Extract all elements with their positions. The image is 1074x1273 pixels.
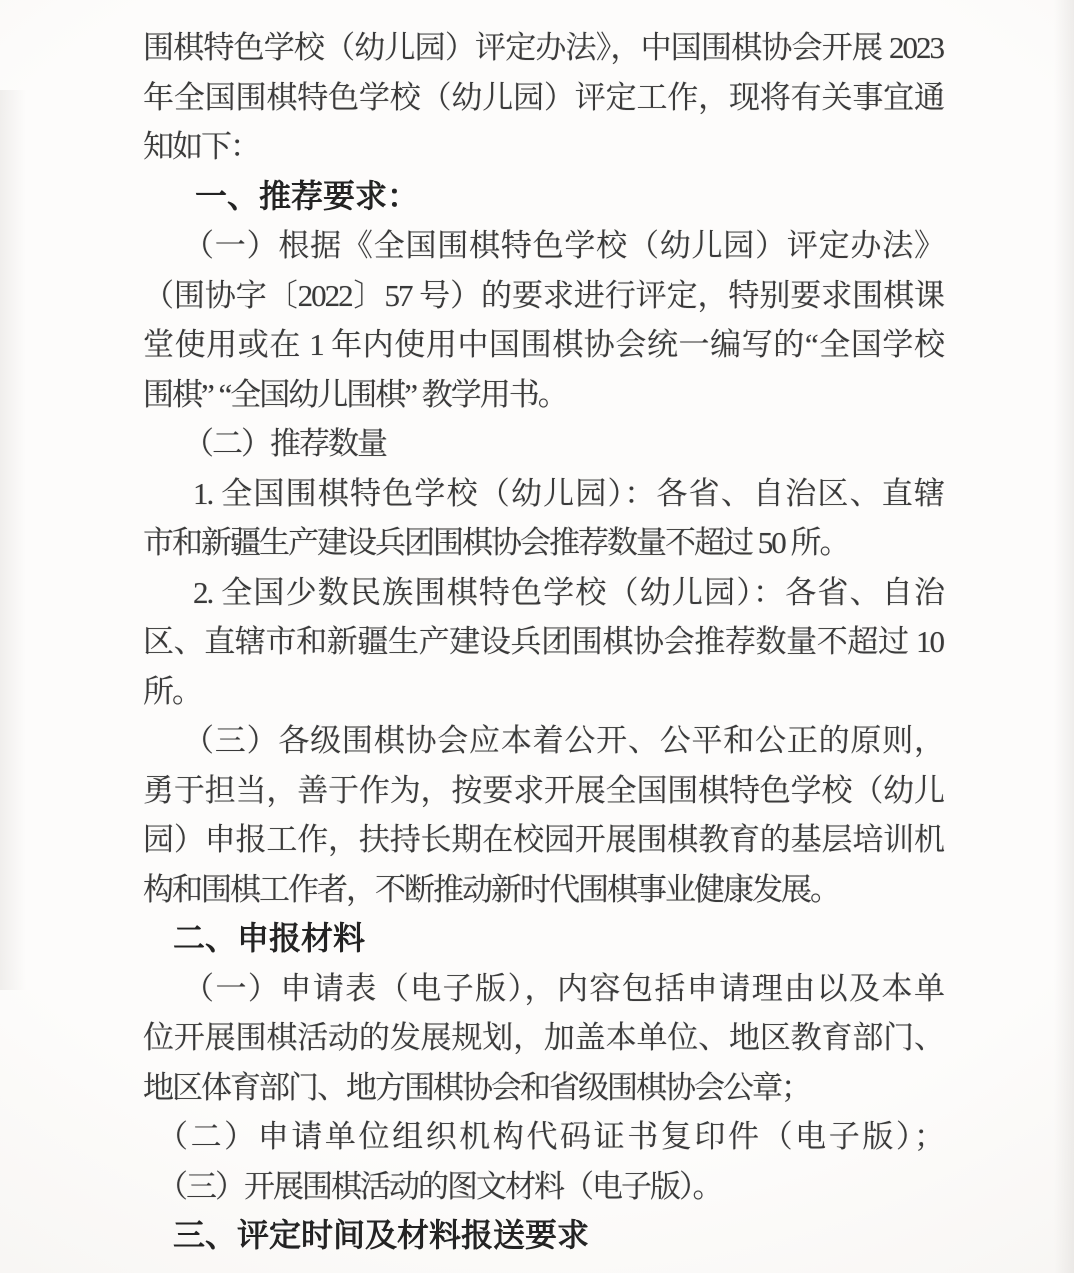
doc-line: （二）申请单位组织机构代码证书复印件（电子版）； [143,1112,943,1162]
section-heading: 三、评定时间及材料报送要求 [143,1211,943,1261]
section-heading: 一、推荐要求： [143,172,943,222]
doc-line: 围棋” “全国幼儿围棋” 教学用书。 [143,370,943,420]
doc-line: 2. 全国少数民族围棋特色学校（幼儿园）：各省、自治 [143,568,943,618]
doc-line: （一）申请表（电子版），内容包括申请理由以及本单 [143,964,943,1014]
doc-line: 知如下： [143,122,943,172]
doc-line: 1. 全国围棋特色学校（幼儿园）：各省、自治区、直辖 [143,469,943,519]
doc-line: 区、直辖市和新疆生产建设兵团围棋协会推荐数量不超过 10 [143,617,943,667]
doc-line: （围协字〔2022〕57 号）的要求进行评定，特别要求围棋课 [143,271,943,321]
doc-line: 位开展围棋活动的发展规划，加盖本单位、地区教育部门、 [143,1013,943,1063]
doc-line: 围棋特色学校（幼儿园）评定办法》，中国围棋协会开展 2023 [143,23,943,73]
doc-line: 所。 [143,667,943,717]
doc-line: （一）根据《全国围棋特色学校（幼儿园）评定办法》 [143,221,943,271]
doc-line: 年全国围棋特色学校（幼儿园）评定工作，现将有关事宜通 [143,73,943,123]
document-text-block: 围棋特色学校（幼儿园）评定办法》，中国围棋协会开展 2023 年全国围棋特色学校… [0,0,1074,1261]
doc-line: 地区体育部门、地方围棋协会和省级围棋协会公章； [143,1063,943,1113]
doc-line: 市和新疆生产建设兵团围棋协会推荐数量不超过 50 所。 [143,518,943,568]
doc-line: 园）申报工作，扶持长期在校园开展围棋教育的基层培训机 [143,815,943,865]
doc-line: 构和围棋工作者，不断推动新时代围棋事业健康发展。 [143,865,943,915]
doc-line: 勇于担当，善于作为，按要求开展全国围棋特色学校（幼儿 [143,766,943,816]
scanned-document-page: 围棋特色学校（幼儿园）评定办法》，中国围棋协会开展 2023 年全国围棋特色学校… [0,0,1074,1273]
doc-line: （三）各级围棋协会应本着公开、公平和公正的原则， [143,716,943,766]
doc-line: （二）推荐数量 [143,419,943,469]
doc-line: （三）开展围棋活动的图文材料（电子版）。 [143,1162,943,1212]
doc-line: 堂使用或在 1 年内使用中国围棋协会统一编写的“全国学校 [143,320,943,370]
section-heading: 二、申报材料 [143,914,943,964]
